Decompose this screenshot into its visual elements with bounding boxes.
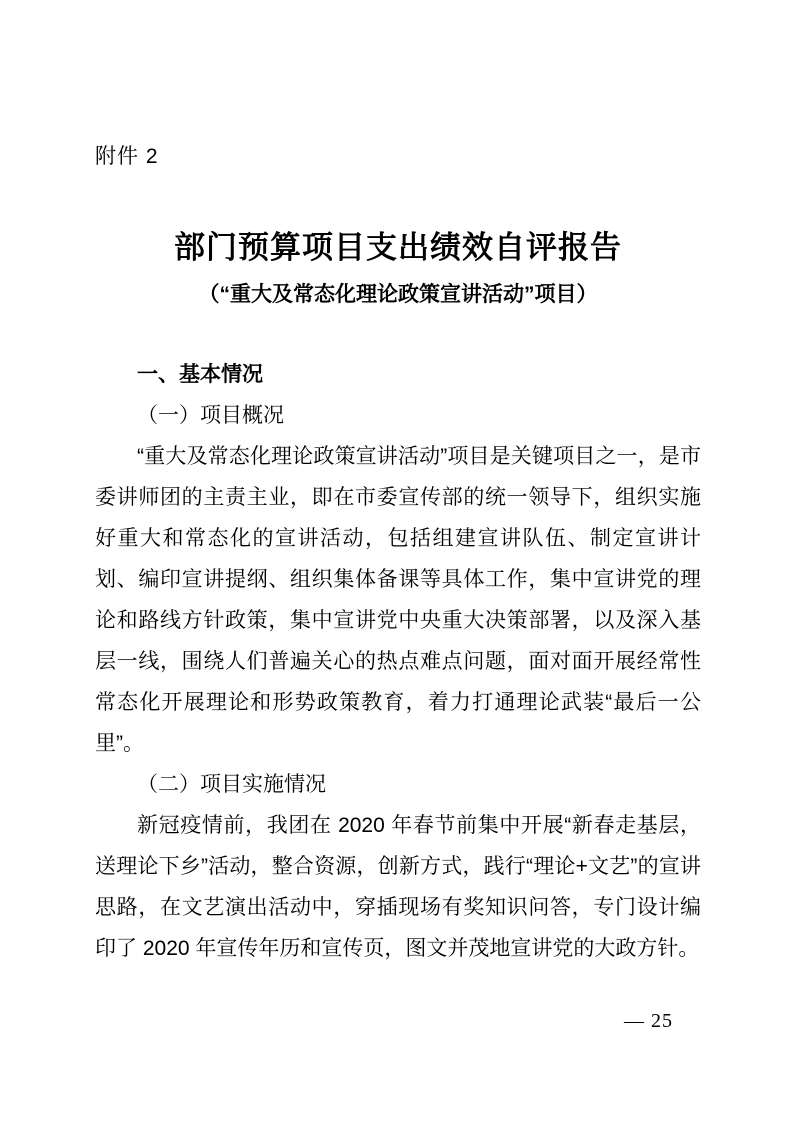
paragraph-project-implementation: 新冠疫情前，我团在 2020 年春节前集中开展“新春走基层，送理论下乡”活动，整… bbox=[95, 805, 701, 969]
document-title: 部门预算项目支出绩效自评报告 bbox=[95, 222, 701, 267]
document-page: 附件 2 部门预算项目支出绩效自评报告 （“重大及常态化理论政策宣讲活动”项目）… bbox=[0, 0, 793, 1122]
document-subtitle: （“重大及常态化理论政策宣讲活动”项目） bbox=[95, 278, 701, 308]
document-body: 一、基本情况 （一）项目概况 “重大及常态化理论政策宣讲活动”项目是关键项目之一… bbox=[95, 354, 701, 969]
attachment-label: 附件 2 bbox=[95, 140, 159, 170]
subsection-heading-project-implementation: （二）项目实施情况 bbox=[95, 764, 701, 805]
subsection-heading-project-overview: （一）项目概况 bbox=[95, 395, 701, 436]
section-heading-basic-info: 一、基本情况 bbox=[95, 354, 701, 395]
paragraph-project-overview: “重大及常态化理论政策宣讲活动”项目是关键项目之一，是市委讲师团的主责主业，即在… bbox=[95, 436, 701, 764]
page-number: — 25 bbox=[624, 1010, 673, 1033]
